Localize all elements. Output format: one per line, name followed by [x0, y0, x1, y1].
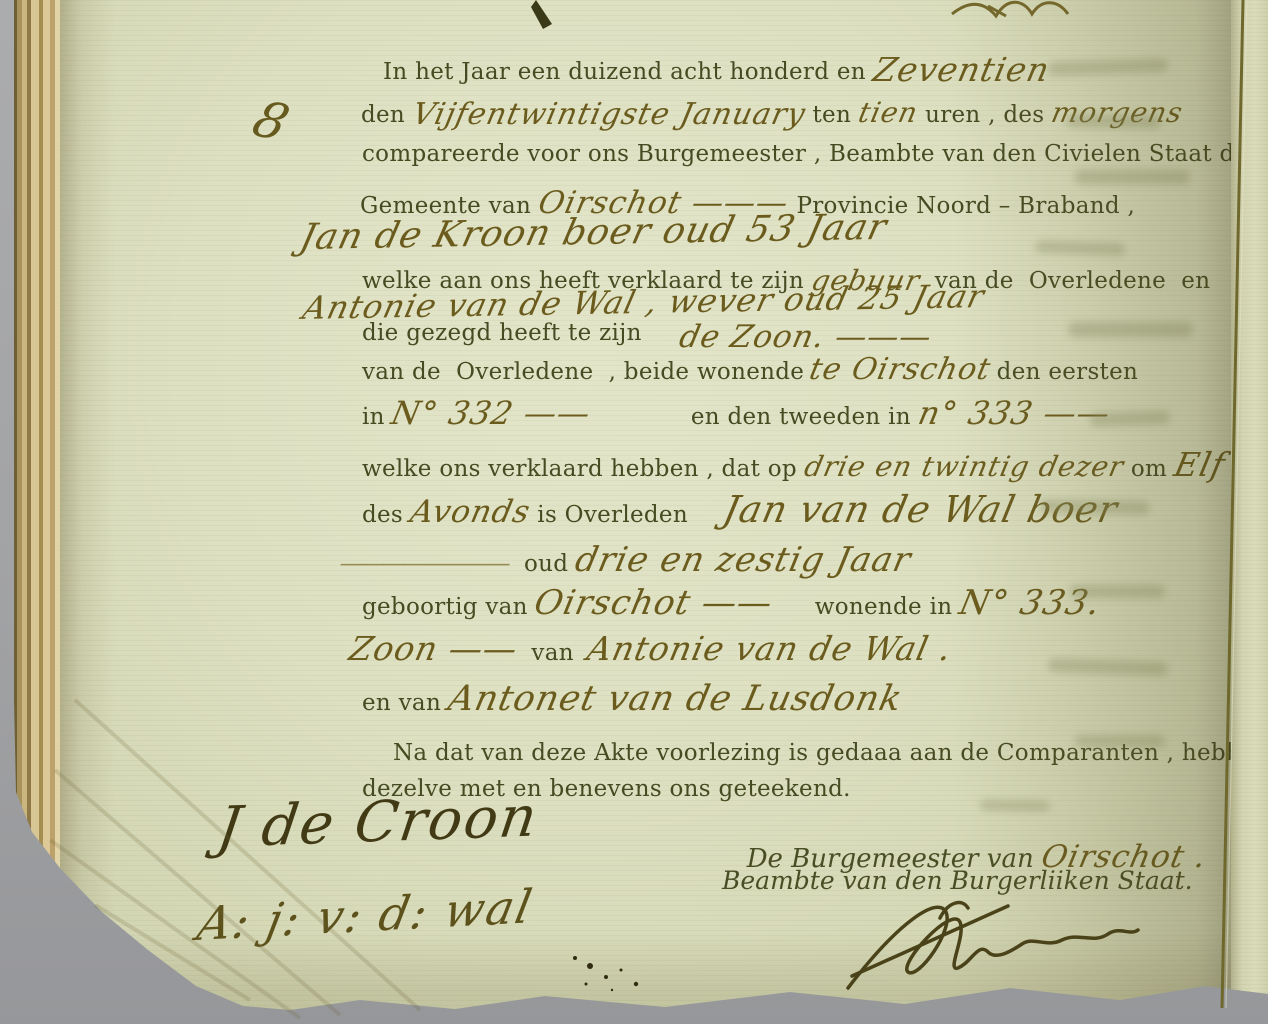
- handwritten-text: Vijfentwintigste January: [409, 97, 809, 132]
- handwritten-text: Avonds: [407, 494, 534, 530]
- bleed-through-smudge: [1048, 658, 1168, 676]
- document-line: geboortig van Oirschot ——wonende in N° 3…: [362, 583, 1100, 623]
- printed-text: In het Jaar een duizend acht honderd en: [383, 59, 874, 85]
- handwritten-text: Antonie van de Wal , wever oud 25 Jaar: [299, 277, 988, 327]
- bleed-through-smudge: [1035, 240, 1125, 255]
- printed-text: wonende in: [815, 594, 960, 620]
- handwritten-text: morgens: [1049, 96, 1187, 129]
- document-line: die gezegd heeft te zijnde Zoon. ———: [362, 312, 931, 348]
- bleed-through-smudge: [1048, 58, 1168, 76]
- handwritten-text: gebuur: [808, 264, 923, 297]
- printed-text: die gezegd heeft te zijn: [362, 320, 642, 346]
- document-line: dezelve met en benevens ons geteekend.: [362, 776, 851, 802]
- document-line: en van Antonet van de Lusdonk: [362, 679, 902, 719]
- printed-text: Gemeente van: [360, 193, 531, 219]
- handwritten-text: Antonet van de Lusdonk: [444, 679, 905, 719]
- signature-a-j-v-d-wal: A: j: v: d: wal: [193, 879, 538, 951]
- printed-text: den eersten: [997, 359, 1138, 385]
- handwritten-text: Elf: [1171, 445, 1229, 484]
- handwritten-text: n° 333 ——: [914, 394, 1113, 432]
- document-line: Antonie van de Wal , wever oud 25 Jaar: [305, 283, 983, 321]
- handwritten-text: Jan van de Wal boer: [719, 488, 1122, 531]
- handwritten-text: Zeventien: [869, 50, 1053, 89]
- printed-text: compareerde voor ons Burgemeester , Beam…: [362, 141, 1260, 167]
- printed-text: van de Overledene , beide wonende: [362, 359, 804, 385]
- bleed-through-smudge: [1070, 585, 1165, 598]
- printed-text: Na dat van deze Akte voorlezing is gedaa…: [393, 740, 1268, 766]
- handwritten-text: Oirschot .: [1038, 839, 1210, 875]
- printed-text: en den tweeden in: [691, 404, 919, 430]
- printed-text: dezelve met en benevens ons geteekend.: [362, 776, 851, 802]
- document-line: Zoon ——vanAntonie van de Wal .: [350, 629, 951, 668]
- handwritten-text: te Oirschot: [806, 352, 994, 387]
- document-line: van de Overledene , beide wonendete Oirs…: [362, 352, 1138, 387]
- bleed-through-smudge: [1068, 322, 1193, 337]
- scanned-register-page: 8 In het Jaar een duizend acht honderd e…: [0, 0, 1268, 1024]
- document-line: in N° 332 ——en den tweeden in n° 333 ——: [362, 394, 1110, 432]
- document-line: Na dat van deze Akte voorlezing is gedaa…: [393, 740, 1268, 766]
- printed-text: van de Overledene en: [919, 268, 1210, 294]
- handwritten-text: N° 332 ——: [388, 394, 594, 432]
- printed-text: oud: [524, 551, 576, 577]
- document-line: Gemeente vanOirschot ———Provincie Noord …: [360, 185, 1135, 221]
- handwritten-text: drie en zestig Jaar: [572, 540, 915, 580]
- bleed-through-smudge: [1075, 170, 1190, 184]
- document-line: den Vijfentwintigste January ten tien ur…: [361, 95, 1183, 130]
- handwritten-text: ————————: [337, 549, 511, 577]
- handwritten-text: Oirschot ——: [531, 583, 777, 623]
- document-line: welke ons verklaard hebben , dat op drie…: [362, 445, 1268, 484]
- document-line: welke aan ons heeft verklaard te zijn ge…: [362, 262, 1210, 295]
- printed-text: geboortig van: [362, 594, 535, 620]
- document-line: Jan de Kroon boer oud 53 Jaar: [302, 212, 885, 253]
- burgemeester-title-line: De Burgemeester van Oirschot .: [706, 820, 1206, 894]
- margin-entry-number: 8: [245, 90, 296, 152]
- bleed-through-smudge: [980, 799, 1050, 811]
- printed-text: welke aan ons heeft verklaard te zijn: [362, 268, 812, 294]
- bleed-through-smudge: [1090, 411, 1170, 427]
- printed-text: De Burgemeester van: [747, 844, 1042, 874]
- printed-text: ten: [805, 102, 859, 128]
- printed-text: uren , des: [917, 102, 1052, 128]
- document-line: ————————oud drie en zestig Jaar: [340, 540, 911, 580]
- signature-j-de-croon: J de Croon: [214, 784, 543, 861]
- printed-text: welke ons verklaard hebben , dat op: [362, 456, 805, 482]
- adjacent-page-edge: [1231, 0, 1268, 1024]
- handwritten-text: tien: [855, 96, 921, 129]
- act-text-block: In het Jaar een duizend acht honderd en …: [0, 0, 1268, 1024]
- bleed-through-smudge: [1075, 735, 1165, 747]
- handwritten-text: de Zoon. ———: [676, 319, 935, 355]
- bleed-through-smudge: [1040, 499, 1150, 515]
- printed-text: den: [361, 102, 413, 128]
- handwritten-text: Antonie van de Wal .: [584, 629, 956, 668]
- register-book: 8 In het Jaar een duizend acht honderd e…: [0, 0, 1268, 1024]
- handwritten-text: Zoon ——: [346, 629, 522, 668]
- register-page: 8 In het Jaar een duizend acht honderd e…: [60, 0, 1231, 1024]
- printed-text: is Overleden: [530, 502, 696, 528]
- document-line: compareerde voor ons Burgemeester , Beam…: [362, 141, 1260, 167]
- handwritten-text: Oirschot ———: [535, 185, 792, 221]
- printed-text: om: [1123, 456, 1174, 482]
- handwritten-text: drie en twintig dezer: [801, 450, 1127, 483]
- document-line: In het Jaar een duizend acht honderd en …: [383, 48, 1049, 87]
- handwritten-text: N° 333.: [956, 583, 1105, 623]
- printed-text: des: [362, 502, 411, 528]
- document-line: des Avonds is Overleden Jan van de Wal b…: [362, 488, 1117, 531]
- bleed-through-smudge: [1066, 114, 1161, 129]
- printed-text: van: [531, 640, 573, 666]
- printed-text: in: [362, 404, 392, 430]
- beambte-title-line: Beambte van den Burgerliiken Staat.: [722, 866, 1193, 895]
- handwritten-text: Jan de Kroon boer oud 53 Jaar: [296, 207, 891, 258]
- printed-text: en van: [362, 690, 449, 716]
- printed-text: Provincie Noord – Braband ,: [796, 193, 1135, 219]
